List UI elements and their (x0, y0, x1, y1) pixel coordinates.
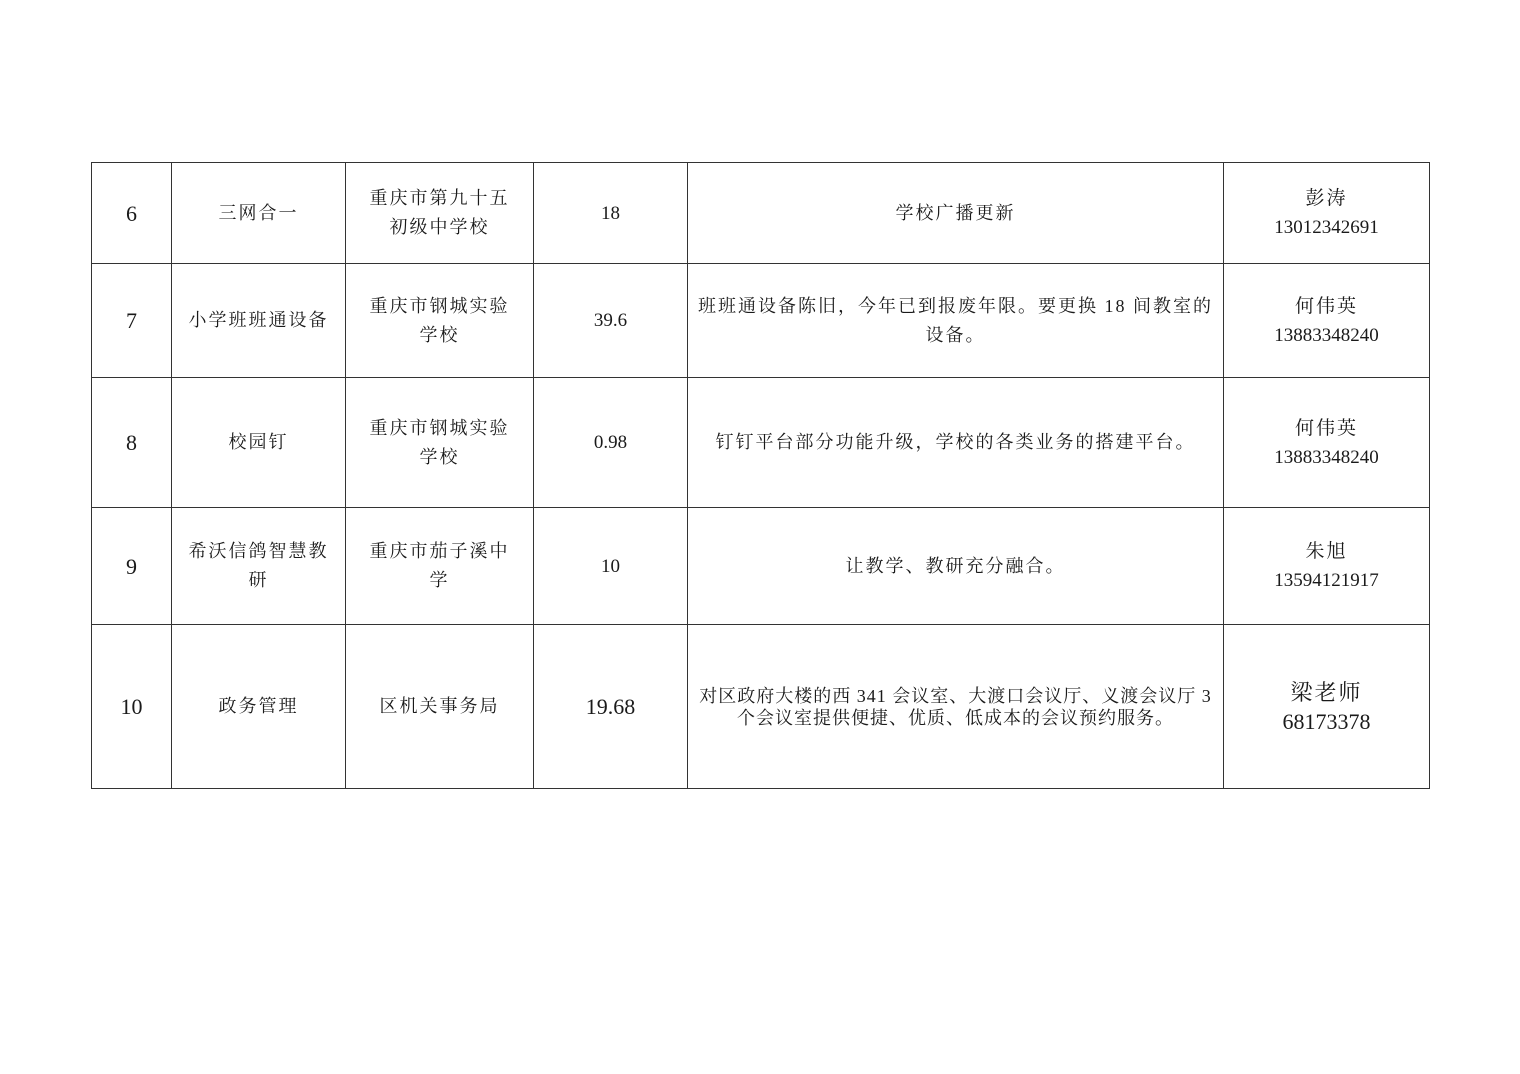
amount: 10 (534, 508, 688, 625)
description: 对区政府大楼的西 341 会议室、大渡口会议厅、义渡会议厅 3 个会议室提供便捷… (688, 625, 1224, 789)
unit-name: 重庆市茄子溪中学 (346, 508, 534, 625)
project-name: 政务管理 (172, 625, 346, 789)
unit-name: 重庆市钢城实验学校 (346, 378, 534, 508)
contact-name: 梁老师 (1232, 678, 1421, 707)
project-name: 三网合一 (172, 163, 346, 264)
contact-cell: 朱旭 13594121917 (1224, 508, 1430, 625)
contact-cell: 梁老师 68173378 (1224, 625, 1430, 789)
table-row: 9 希沃信鸽智慧教研 重庆市茄子溪中学 10 让教学、教研充分融合。 朱旭 13… (92, 508, 1430, 625)
table-row: 7 小学班班通设备 重庆市钢城实验学校 39.6 班班通设备陈旧，今年已到报废年… (92, 264, 1430, 378)
table-row: 6 三网合一 重庆市第九十五初级中学校 18 学校广播更新 彭涛 1301234… (92, 163, 1430, 264)
row-index: 9 (92, 508, 172, 625)
contact-phone: 68173378 (1232, 707, 1421, 736)
project-name: 希沃信鸽智慧教研 (172, 508, 346, 625)
description: 班班通设备陈旧，今年已到报废年限。要更换 18 间教室的设备。 (688, 264, 1224, 378)
contact-name: 何伟英 (1232, 414, 1421, 443)
contact-phone: 13883348240 (1232, 321, 1421, 350)
description: 学校广播更新 (688, 163, 1224, 264)
row-index: 10 (92, 625, 172, 789)
unit-name: 区机关事务局 (346, 625, 534, 789)
table-row: 8 校园钉 重庆市钢城实验学校 0.98 钉钉平台部分功能升级，学校的各类业务的… (92, 378, 1430, 508)
contact-name: 何伟英 (1232, 292, 1421, 321)
amount: 39.6 (534, 264, 688, 378)
contact-phone: 13594121917 (1232, 566, 1421, 595)
amount: 18 (534, 163, 688, 264)
contact-cell: 彭涛 13012342691 (1224, 163, 1430, 264)
project-name: 校园钉 (172, 378, 346, 508)
description: 钉钉平台部分功能升级，学校的各类业务的搭建平台。 (688, 378, 1224, 508)
row-index: 7 (92, 264, 172, 378)
amount: 0.98 (534, 378, 688, 508)
unit-name: 重庆市钢城实验学校 (346, 264, 534, 378)
amount: 19.68 (534, 625, 688, 789)
contact-name: 朱旭 (1232, 537, 1421, 566)
contact-cell: 何伟英 13883348240 (1224, 264, 1430, 378)
row-index: 6 (92, 163, 172, 264)
table-row: 10 政务管理 区机关事务局 19.68 对区政府大楼的西 341 会议室、大渡… (92, 625, 1430, 789)
unit-name: 重庆市第九十五初级中学校 (346, 163, 534, 264)
description: 让教学、教研充分融合。 (688, 508, 1224, 625)
contact-phone: 13883348240 (1232, 443, 1421, 472)
row-index: 8 (92, 378, 172, 508)
contact-name: 彭涛 (1232, 184, 1421, 213)
contact-cell: 何伟英 13883348240 (1224, 378, 1430, 508)
contact-phone: 13012342691 (1232, 213, 1421, 242)
project-name: 小学班班通设备 (172, 264, 346, 378)
project-table: 6 三网合一 重庆市第九十五初级中学校 18 学校广播更新 彭涛 1301234… (91, 162, 1430, 789)
